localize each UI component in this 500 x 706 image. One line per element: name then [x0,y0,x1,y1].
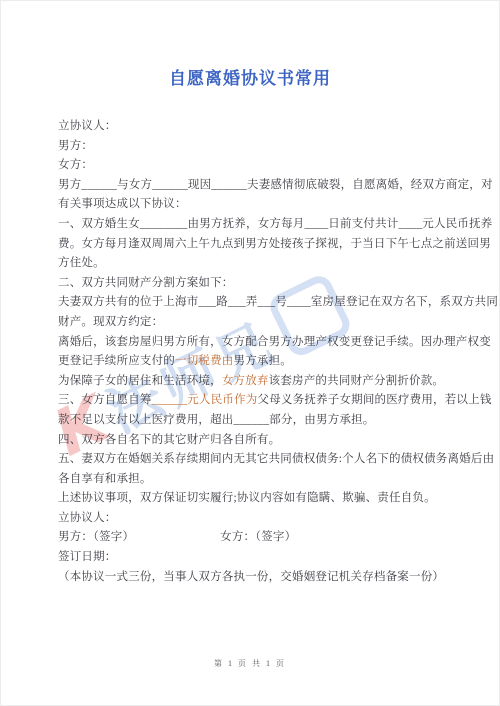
body-line: 二、双方共同财产分割方案如下： [58,274,458,294]
body-line: 一、双方婚生女________由男方抚养，女方每月____日前支付共计____元… [58,215,458,235]
body-text: 有关事项达成以下协议： [58,198,187,210]
body-line: 各自享有和承担。 [58,470,458,490]
body-text: 上述协议事项，双方保证切实履行;协议内容如有隐瞒、欺骗、责任自负。 [58,492,436,504]
body-text: 女方：（签字） [220,531,296,543]
body-line: 更登记手续所应支付的一切税费由男方承担。 [58,352,458,372]
body-line: 离婚后，该套房屋归男方所有，女方配合男方办理产权变更登记手续。因办理产权变 [58,333,458,353]
document-page: K 法师兄 自愿离婚协议书常用 立协议人：男方：女方：男方______与女方__… [0,0,500,706]
highlighted-text: 一切税费由 [175,355,234,367]
body-text: 二、双方共同财产分割方案如下： [58,277,234,289]
body-text: 方住处。 [58,257,105,269]
body-line: 夫妻双方共有的位于上海市___路___弄___号____室房屋登记在双方名下，系… [58,293,458,313]
body-line: 立协议人： [58,117,458,137]
body-text: 夫妻双方共有的位于上海市___路___弄___号____室房屋登记在双方名下，系… [58,296,498,308]
body-line: 方住处。 [58,254,458,274]
body-text: 立协议人： [58,512,117,524]
body-line: 立协议人： [58,509,458,529]
body-text: 立协议人： [58,120,117,132]
body-text: 离婚后，该套房屋归男方所有，女方配合男方办理产权变更登记手续。因办理产权变 [58,336,491,348]
body-line: 男方______与女方______现因______夫妻感情彻底破裂，自愿离婚，经… [58,176,458,196]
body-line: 费。女方每月逢双周周六上午九点到男方处接孩子探视，于当日下午七点之前送回男 [58,235,458,255]
body-text: 男方______与女方______现因______夫妻感情彻底破裂，自愿离婚，经… [58,179,493,191]
body-text: 女方： [58,159,93,171]
body-line: 财产。现双方约定： [58,313,458,333]
body-text: 为保障子女的居住和生活环境， [58,375,222,387]
body-text: 男方： [58,140,93,152]
document-body: 立协议人：男方：女方：男方______与女方______现因______夫妻感情… [58,117,458,587]
page-number-footer: 第 1 页 共 1 页 [1,658,499,669]
body-line: 上述协议事项，双方保证切实履行;协议内容如有隐瞒、欺骗、责任自负。 [58,489,458,509]
body-text: 四、双方各自名下的其它财产归各自所有。 [58,434,280,446]
body-text: 三、女方自愿自筹 [58,394,152,406]
body-line: 有关事项达成以下协议： [58,195,458,215]
body-text: 五、妻双方在婚姻关系存续期间内无其它共同债权债务:个人名下的债权债务离婚后由 [58,453,494,465]
body-text: 父母义务抚养子女期间的医疗费用，若以上钱 [258,394,492,406]
body-text: （本协议一式三份，当事人双方各执一份，交婚姻登记机关存档备案一份） [58,571,444,583]
highlighted-text: 女方放弃 [222,375,269,387]
body-line: 四、双方各自名下的其它财产归各自所有。 [58,431,458,451]
body-line: 男方： [58,137,458,157]
body-line: 为保障子女的居住和生活环境，女方放弃该套房产的共同财产分割折价款。 [58,372,458,392]
body-text: 男方：（签字） [58,531,134,543]
body-line: 女方： [58,156,458,176]
body-text: 该套房产的共同财产分割折价款。 [269,375,445,387]
body-text: 男方承担。 [234,355,293,367]
body-line: 男方：（签字）女方：（签字） [58,528,458,548]
body-text: 一、双方婚生女________由男方抚养，女方每月____日前支付共计____元… [58,218,493,230]
body-text: 款不足以支付以上医疗费用，超出______部分，由男方承担。 [58,414,375,426]
body-line: 款不足以支付以上医疗费用，超出______部分，由男方承担。 [58,411,458,431]
body-line: （本协议一式三份，当事人双方各执一份，交婚姻登记机关存档备案一份） [58,568,458,588]
body-text: 费。女方每月逢双周周六上午九点到男方处接孩子探视，于当日下午七点之前送回男 [58,238,491,250]
body-line: 五、妻双方在婚姻关系存续期间内无其它共同债权债务:个人名下的债权债务离婚后由 [58,450,458,470]
body-line: 三、女方自愿自筹______元人民币作为父母义务抚养子女期间的医疗费用，若以上钱 [58,391,458,411]
body-line: 签订日期： [58,548,458,568]
page-title: 自愿离婚协议书常用 [1,64,499,89]
body-text: 签订日期： [58,551,117,563]
body-text: 更登记手续所应支付的 [58,355,175,367]
highlighted-text: ______元人民币作为 [152,394,258,406]
body-text: 财产。现双方约定： [58,316,163,328]
body-text: 各自享有和承担。 [58,473,152,485]
